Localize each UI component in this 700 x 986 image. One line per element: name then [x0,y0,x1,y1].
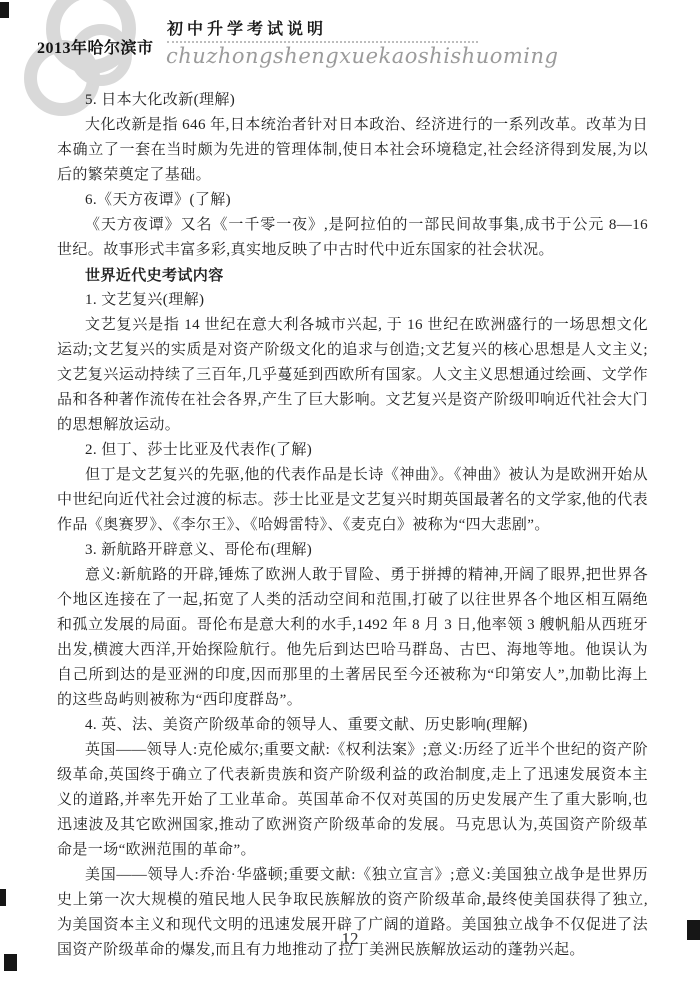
heading-new-routes-columbus: 3. 新航路开辟意义、哥伦布(理解) [57,538,648,563]
print-mark-top-left [0,2,9,18]
page-header-title: 初中升学考试说明 [167,16,327,39]
paragraph-new-routes-columbus: 意义:新航路的开辟,锤炼了欧洲人敢于冒险、勇于拼搏的精神,开阔了眼界,把世界各个… [57,563,648,713]
header-dotted-divider [167,41,478,43]
print-mark-right-edge [687,920,700,940]
heading-japan-taika-reform: 5. 日本大化改新(理解) [57,88,648,113]
heading-dante-shakespeare: 2. 但丁、莎士比亚及代表作(了解) [57,438,648,463]
heading-renaissance: 1. 文艺复兴(理解) [57,288,648,313]
heading-bourgeois-revolutions: 4. 英、法、美资产阶级革命的领导人、重要文献、历史影响(理解) [57,713,648,738]
paragraph-dante-shakespeare: 但丁是文艺复兴的先驱,他的代表作品是长诗《神曲》。《神曲》被认为是欧洲开始从中世… [57,463,648,538]
paragraph-renaissance: 文艺复兴是指 14 世纪在意大利各城市兴起, 于 16 世纪在欧洲盛行的一场思想… [57,313,648,438]
paragraph-taika-reform: 大化改新是指 646 年,日本统治者针对日本政治、经济进行的一系列改革。改革为日… [57,113,648,188]
brand-year-city: 2013年哈尔滨市 [37,35,154,58]
print-mark-bottom-left [4,954,17,971]
paragraph-england-revolution: 英国——领导人:克伦威尔;重要文献:《权利法案》;意义:历经了近半个世纪的资产阶… [57,738,648,863]
header-pinyin-subtitle: chuzhongshengxuekaoshishuoming [166,44,558,68]
document-content: 5. 日本大化改新(理解) 大化改新是指 646 年,日本统治者针对日本政治、经… [57,88,648,963]
paragraph-arabian-nights: 《天方夜谭》又名《一千零一夜》,是阿拉伯的一部民间故事集,成书于公元 8—16 … [57,213,648,263]
page-number: 12 [0,929,700,949]
section-heading-modern-world-history: 世界近代史考试内容 [57,263,648,288]
page: 2013年哈尔滨市 初中升学考试说明 chuzhongshengxuekaosh… [0,0,700,986]
print-mark-left-edge [0,889,6,906]
heading-arabian-nights: 6.《天方夜谭》(了解) [57,188,648,213]
